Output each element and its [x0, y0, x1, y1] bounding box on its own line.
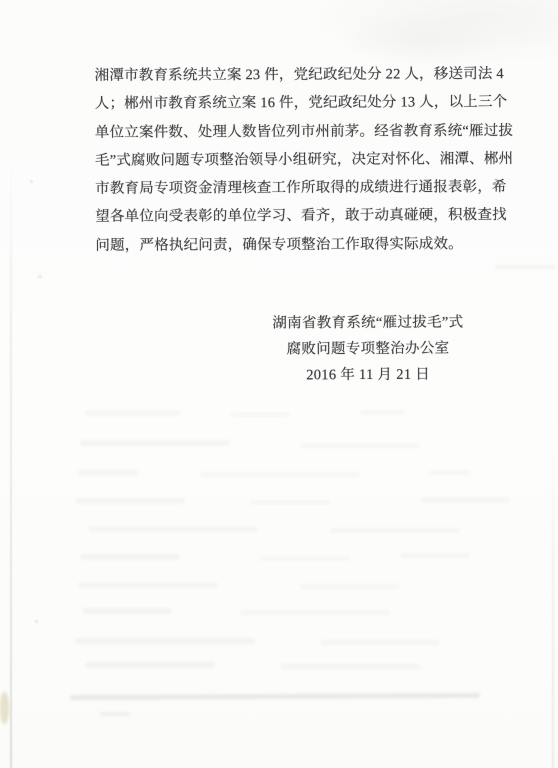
scanned-document-page: 湘潭市教育系统共立案 23 件，党纪政纪处分 22 人，移送司法 4 人；郴州市… — [0, 0, 558, 768]
bleedthrough-mark — [85, 410, 180, 416]
body-text-line-3: 单位立案件数、处理人数皆位列市州前茅。经省教育系统“雁过拔 — [95, 117, 473, 147]
body-text-line-4: 毛”式腐败问题专项整治领导小组研究，决定对怀化、湘潭、郴州 — [95, 145, 473, 175]
bleedthrough-mark — [280, 664, 420, 669]
signature-org-line-1: 湖南省教育系统“雁过拔毛”式 — [218, 309, 518, 337]
paper-speck — [30, 180, 33, 183]
bleedthrough-mark — [430, 470, 470, 475]
signature-date: 2016 年 11 月 21 日 — [218, 361, 518, 389]
paper-speck — [35, 620, 38, 623]
signature-block: 湖南省教育系统“雁过拔毛”式 腐败问题专项整治办公室 2016 年 11 月 2… — [218, 309, 518, 389]
bleedthrough-mark — [495, 265, 555, 269]
body-text-line-7: 问题，严格执纪问责，确保专项整治工作取得实际成效。 — [95, 230, 473, 260]
bleedthrough-mark — [360, 410, 405, 415]
bleedthrough-mark — [330, 528, 460, 533]
bleedthrough-mark — [80, 554, 180, 560]
bleedthrough-mark — [230, 412, 290, 417]
bleedthrough-mark — [200, 472, 360, 477]
body-text-line-1: 湘潭市教育系统共立案 23 件，党纪政纪处分 22 人，移送司法 4 — [95, 60, 473, 90]
bleedthrough-mark — [300, 584, 400, 589]
paper-speck — [38, 275, 42, 278]
document-body-paragraph: 湘潭市教育系统共立案 23 件，党纪政纪处分 22 人，移送司法 4 人；郴州市… — [95, 60, 474, 260]
bleedthrough-mark — [300, 443, 420, 448]
bleedthrough-mark — [75, 498, 185, 504]
bleedthrough-mark — [82, 608, 172, 614]
right-paper-edge-shadow — [552, 430, 554, 768]
body-text-line-2: 人；郴州市教育系统立案 16 件，党纪政纪处分 13 人，以上三个 — [95, 88, 473, 118]
bleedthrough-mark — [320, 640, 440, 645]
signature-org-line-2: 腐败问题专项整治办公室 — [218, 335, 518, 363]
body-text-line-5: 市教育局专项资金清理核查工作所取得的成绩进行通报表彰，希 — [95, 173, 473, 203]
bottom-left-stain — [0, 692, 9, 724]
bleedthrough-mark — [420, 497, 510, 503]
body-text-line-6: 望各单位向受表彰的单位学习、看齐，敢于动真碰硬，积极查找 — [95, 202, 473, 232]
bleedthrough-mark — [85, 662, 215, 668]
bleedthrough-mark — [88, 526, 258, 532]
bleedthrough-mark — [80, 440, 230, 446]
bleedthrough-mark — [78, 582, 218, 588]
bleedthrough-smudge-line — [70, 693, 480, 700]
left-paper-edge-shadow — [10, 140, 12, 768]
bleedthrough-mark — [75, 638, 255, 644]
bleedthrough-mark — [250, 500, 330, 505]
bleedthrough-mark — [100, 712, 130, 716]
bleedthrough-mark — [400, 553, 470, 558]
bleedthrough-mark — [240, 610, 390, 615]
bleedthrough-mark — [260, 556, 350, 561]
bleedthrough-mark — [78, 470, 138, 476]
